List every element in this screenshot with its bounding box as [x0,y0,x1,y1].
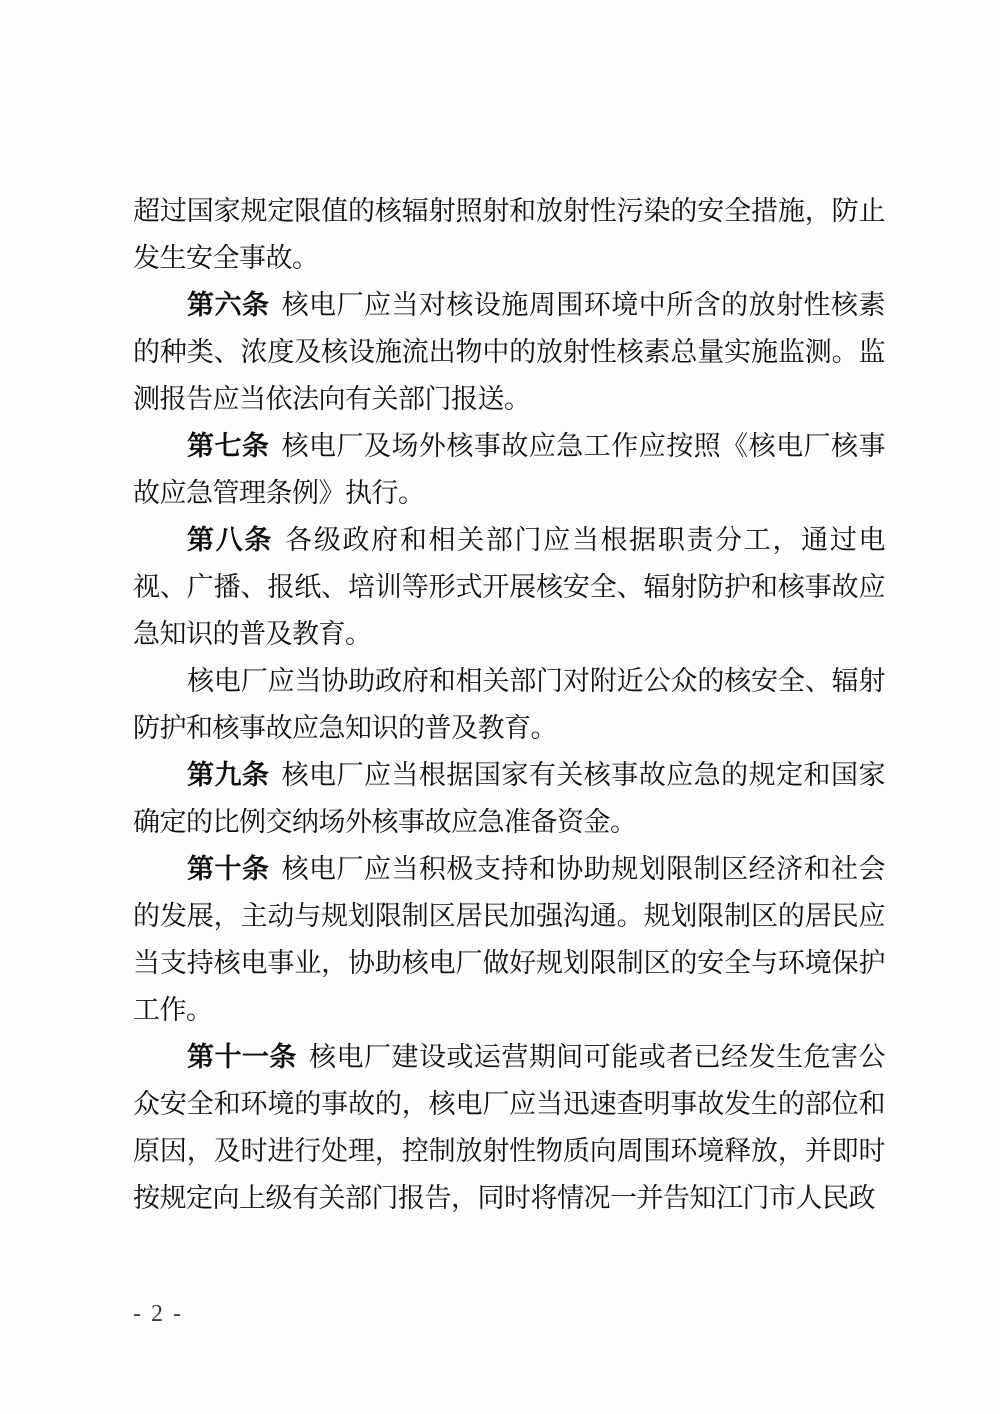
paragraph: 核电厂应当协助政府和相关部门对附近公众的核安全、辐射防护和核事故应急知识的普及教… [133,658,885,752]
article-number-label: 第八条 [187,525,273,555]
document-body: 超过国家规定限值的核辐射照射和放射性污染的安全措施，防止发生安全事故。 第六条核… [133,188,885,1222]
article-number-label: 第七条 [187,431,269,461]
paragraph: 第六条核电厂应当对核设施周围环境中所含的放射性核素的种类、浓度及核设施流出物中的… [133,282,885,423]
paragraph: 第十条核电厂应当积极支持和协助规划限制区经济和社会的发展，主动与规划限制区居民加… [133,846,885,1034]
paragraph-text: 核电厂应当协助政府和相关部门对附近公众的核安全、辐射防护和核事故应急知识的普及教… [133,666,885,743]
paragraph: 第七条核电厂及场外核事故应急工作应按照《核电厂核事故应急管理条例》执行。 [133,423,885,517]
paragraph: 第十一条核电厂建设或运营期间可能或者已经发生危害公众安全和环境的事故的，核电厂应… [133,1034,885,1222]
paragraph: 第八条各级政府和相关部门应当根据职责分工，通过电视、广播、报纸、培训等形式开展核… [133,517,885,658]
document-page: 超过国家规定限值的核辐射照射和放射性污染的安全措施，防止发生安全事故。 第六条核… [0,0,1000,1414]
article-number-label: 第十条 [187,854,269,884]
paragraph-text: 超过国家规定限值的核辐射照射和放射性污染的安全措施，防止发生安全事故。 [133,196,885,273]
paragraph: 超过国家规定限值的核辐射照射和放射性污染的安全措施，防止发生安全事故。 [133,188,885,282]
paragraph: 第九条核电厂应当根据国家有关核事故应急的规定和国家确定的比例交纳场外核事故应急准… [133,752,885,846]
article-number-label: 第九条 [187,760,269,790]
page-number: - 2 - [133,1301,183,1328]
article-number-label: 第六条 [187,290,269,320]
article-number-label: 第十一条 [187,1042,297,1072]
